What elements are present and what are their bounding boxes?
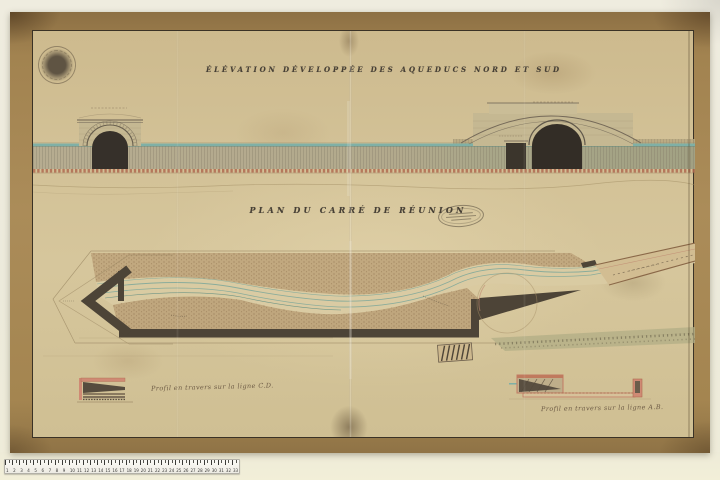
ruler-cm-tick: 12 <box>83 460 90 473</box>
ruler-cm-tick: 8 <box>55 460 62 473</box>
ruler: 1234567891011121314151617181920212223242… <box>4 459 240 474</box>
plan-drawing <box>33 241 695 379</box>
ruler-cm-tick: 22 <box>154 460 161 473</box>
ruler-cm-tick: 27 <box>189 460 196 473</box>
sluice-steps <box>437 343 472 362</box>
ruler-cm-tick: 29 <box>204 460 211 473</box>
ruler-cm-tick: 11 <box>76 460 83 473</box>
profile-ab-drawing <box>509 369 651 405</box>
fold-crease <box>523 31 526 437</box>
ruler-cm-tick: 1 <box>5 460 12 473</box>
drawing-field: ÉLÉVATION DÉVELOPPÉE DES AQUEDUCS NORD E… <box>32 30 694 438</box>
ruler-cm-tick: 14 <box>97 460 104 473</box>
ruler-cm-tick: 19 <box>133 460 140 473</box>
ruler-cm-tick: 33 <box>232 460 239 473</box>
ruler-cm-tick: 15 <box>104 460 111 473</box>
ruler-cm-tick: 17 <box>119 460 126 473</box>
ruler-cm-tick: 6 <box>40 460 47 473</box>
ruler-cm-tick: 18 <box>126 460 133 473</box>
ruler-cm-tick: 26 <box>182 460 189 473</box>
ruler-cm-tick: 9 <box>62 460 69 473</box>
round-stamp-icon <box>36 44 79 87</box>
elevation-title: ÉLÉVATION DÉVELOPPÉE DES AQUEDUCS NORD E… <box>206 65 536 74</box>
exit-channel <box>595 243 695 285</box>
ruler-cm-tick: 10 <box>69 460 76 473</box>
profile-cd-caption: Profil en travers sur la ligne C.D. <box>151 381 274 392</box>
fold-crease <box>688 31 690 437</box>
ruler-cm-tick: 25 <box>175 460 182 473</box>
ruler-cm-tick: 32 <box>225 460 232 473</box>
ruler-cm-tick: 2 <box>12 460 19 473</box>
ruler-cm-tick: 28 <box>197 460 204 473</box>
ruler-cm-tick: 16 <box>111 460 118 473</box>
ruler-cm-tick: 30 <box>211 460 218 473</box>
ruler-cm-tick: 5 <box>33 460 40 473</box>
ruler-cm-tick: 24 <box>168 460 175 473</box>
drawing-sheet: ÉLÉVATION DÉVELOPPÉE DES AQUEDUCS NORD E… <box>10 12 710 453</box>
ruler-cm-tick: 20 <box>140 460 147 473</box>
ruler-cm-tick: 13 <box>90 460 97 473</box>
fold-crease <box>176 31 179 437</box>
ruler-cm-tick: 23 <box>161 460 168 473</box>
ruler-cm-tick: 4 <box>26 460 33 473</box>
ruler-cm-tick: 3 <box>19 460 26 473</box>
profile-cd-drawing <box>77 373 137 407</box>
fold-crease <box>349 31 352 437</box>
ruler-cm-tick: 21 <box>147 460 154 473</box>
ruler-cm-tick: 31 <box>218 460 225 473</box>
elevation-drawing <box>33 101 695 196</box>
profile-ab-caption: Profil en travers sur la ligne A.B. <box>541 403 664 413</box>
ruler-cm-tick: 7 <box>48 460 55 473</box>
